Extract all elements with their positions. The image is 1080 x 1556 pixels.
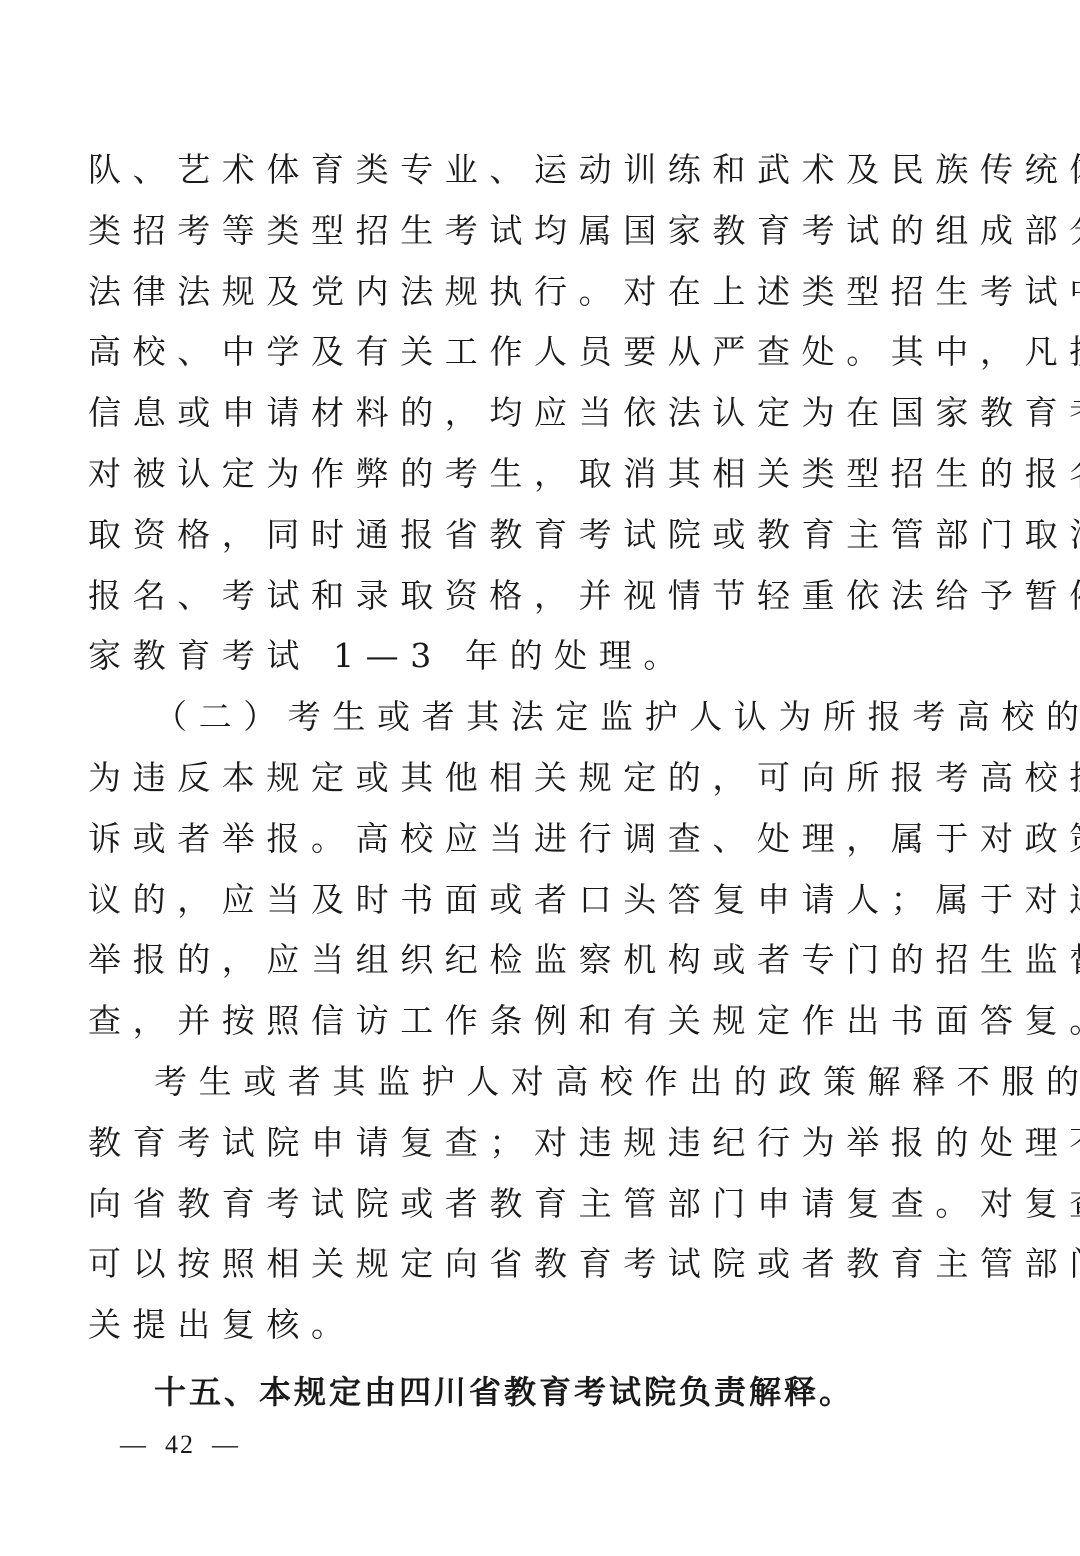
page-number: — 42 — xyxy=(120,1430,240,1460)
document-page: 队、艺术体育类专业、运动训练和武术及民族传统体育、高职分 类招考等类型招生考试均… xyxy=(88,140,998,1423)
text-line: 取资格，同时通报省教育考试院或教育主管部门取消其当年高考 xyxy=(88,505,998,566)
text-line: 类招考等类型招生考试均属国家教育考试的组成部分，按照上述 xyxy=(88,201,998,262)
text-line: 队、艺术体育类专业、运动训练和武术及民族传统体育、高职分 xyxy=(88,140,998,201)
text-line: 查，并按照信访工作条例和有关规定作出书面答复。 xyxy=(88,991,998,1052)
text-line: 法律法规及党内法规执行。对在上述类型招生考试中违规的考生、 xyxy=(88,262,998,323)
paragraph-3: 考生或者其监护人对高校作出的政策解释不服的，可以向省 教育考试院申请复查；对违规… xyxy=(88,1052,998,1356)
text-line: 考生或者其监护人对高校作出的政策解释不服的，可以向省 xyxy=(88,1052,998,1113)
text-line: 报名、考试和录取资格，并视情节轻重依法给予暂停参加各类国 xyxy=(88,566,998,627)
text-line: 对被认定为作弊的考生，取消其相关类型招生的报名、考试和录 xyxy=(88,444,998,505)
paragraph-2: （二）考生或者其法定监护人认为所报考高校的招生录取行 为违反本规定或其他相关规定… xyxy=(88,687,998,1052)
text-line: 高校、中学及有关工作人员要从严查处。其中，凡提供虚假个人 xyxy=(88,322,998,383)
text-line: 向省教育考试院或者教育主管部门申请复查。对复查结论不服的， xyxy=(88,1174,998,1235)
text-line: 教育考试院申请复查；对违规违纪行为举报的处理不服的，可以 xyxy=(88,1113,998,1174)
text-line: 关提出复核。 xyxy=(88,1295,998,1356)
text-line: 举报的，应当组织纪检监察机构或者专门的招生监督机构进行调 xyxy=(88,930,998,991)
section-heading: 十五、本规定由四川省教育考试院负责解释。 xyxy=(88,1362,998,1423)
text-line: （二）考生或者其法定监护人认为所报考高校的招生录取行 xyxy=(88,687,998,748)
text-line: 家教育考试 1—3 年的处理。 xyxy=(88,626,998,687)
text-line: 诉或者举报。高校应当进行调查、处理，属于对政策执行存在异 xyxy=(88,809,998,870)
text-line: 信息或申请材料的，均应当依法认定为在国家教育考试中作弊。 xyxy=(88,383,998,444)
paragraph-1: 队、艺术体育类专业、运动训练和武术及民族传统体育、高职分 类招考等类型招生考试均… xyxy=(88,140,998,687)
text-line: 可以按照相关规定向省教育考试院或者教育主管部门的上级机 xyxy=(88,1234,998,1295)
text-line: 为违反本规定或其他相关规定的，可向所报考高校提出异议、申 xyxy=(88,748,998,809)
text-line: 议的，应当及时书面或者口头答复申请人；属于对违规违纪行为 xyxy=(88,870,998,931)
